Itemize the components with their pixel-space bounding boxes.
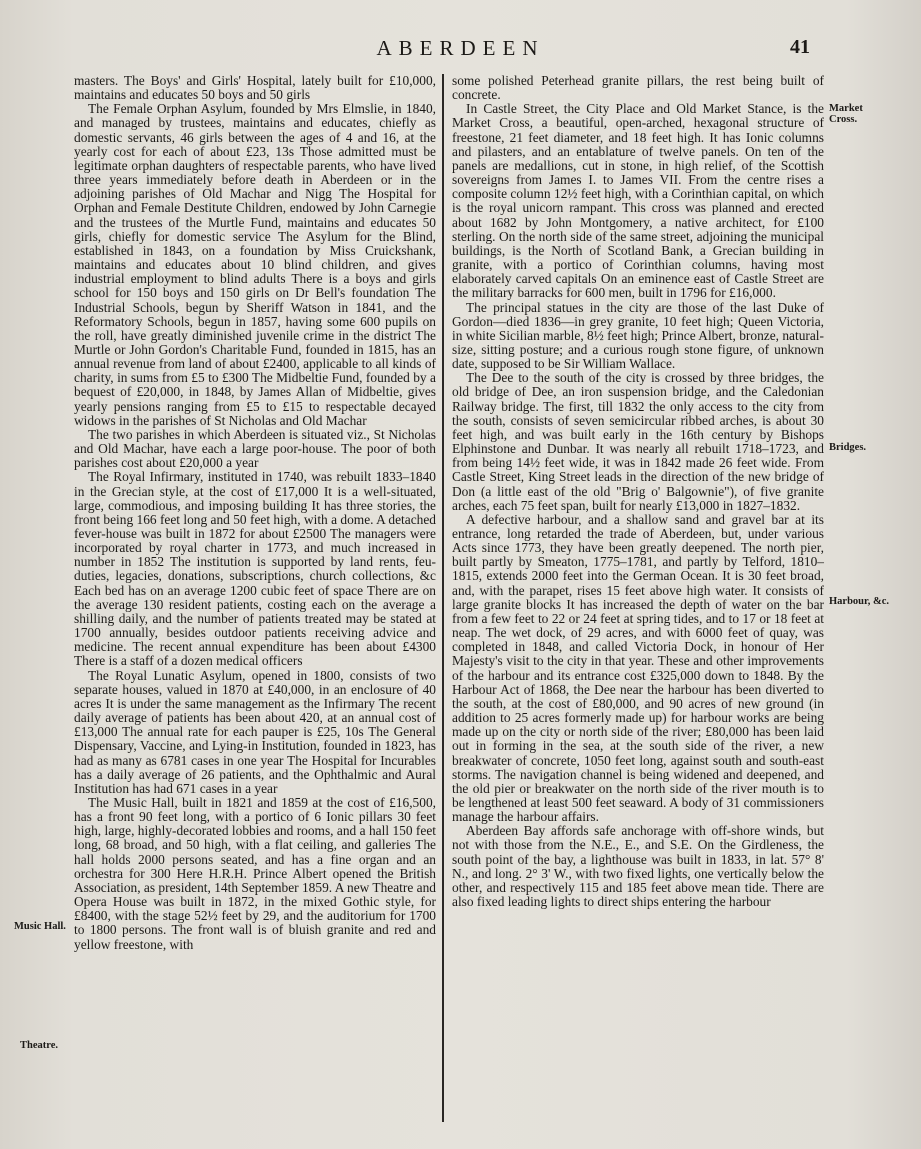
paragraph: The Royal Lunatic Asylum, opened in 1800… — [74, 669, 436, 796]
running-title: ABERDEEN — [0, 36, 921, 61]
paragraph: The Dee to the south of the city is cros… — [452, 371, 824, 513]
paragraph: In Castle Street, the City Place and Old… — [452, 102, 824, 300]
right-column: some polished Peterhead granite pillars,… — [452, 74, 824, 909]
sidenote-bridges: Bridges. — [829, 442, 889, 453]
sidenote-market-cross: Market Cross. — [829, 103, 889, 125]
paragraph: Aberdeen Bay affords safe anchorage with… — [452, 824, 824, 909]
book-page: ABERDEEN 41 masters. The Boys' and Girls… — [0, 0, 921, 1149]
paragraph: The principal statues in the city are th… — [452, 301, 824, 372]
page-number: 41 — [790, 36, 810, 59]
page-header: ABERDEEN 41 — [0, 36, 921, 66]
paragraph: The two parishes in which Aberdeen is si… — [74, 428, 436, 470]
sidenote-theatre: Theatre. — [20, 1040, 80, 1051]
sidenote-harbour: Harbour, &c. — [829, 596, 889, 607]
left-column: masters. The Boys' and Girls' Hospital, … — [74, 74, 436, 952]
paragraph: some polished Peterhead granite pillars,… — [452, 74, 824, 102]
paragraph: The Female Orphan Asylum, founded by Mrs… — [74, 102, 436, 428]
paragraph: The Royal Infirmary, instituted in 1740,… — [74, 470, 436, 668]
paragraph: masters. The Boys' and Girls' Hospital, … — [74, 74, 436, 102]
paragraph: The Music Hall, built in 1821 and 1859 a… — [74, 796, 436, 952]
column-divider — [442, 74, 444, 1122]
paragraph: A defective harbour, and a shallow sand … — [452, 513, 824, 824]
sidenote-music-hall: Music Hall. — [14, 921, 74, 932]
